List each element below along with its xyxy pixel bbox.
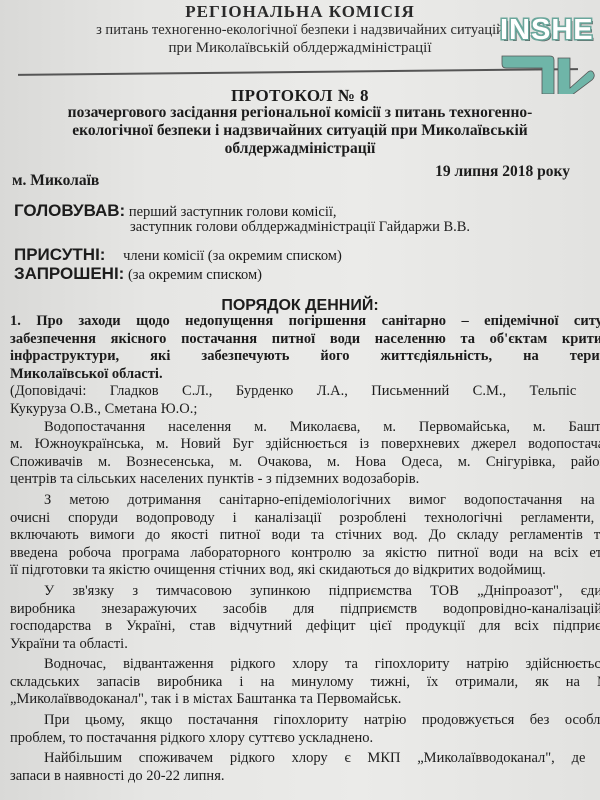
watermark-arrow-icon [498, 14, 596, 94]
paragraph-line: Найбільшим споживачем рідкого хлору є МК… [10, 750, 600, 768]
agenda-item-line: забезпечення якісного постачання питної … [10, 331, 600, 349]
chaired-label: ГОЛОВУВАВ: [14, 201, 125, 220]
paragraph-line: складських запасів виробника і на минуло… [10, 674, 600, 692]
speakers-line: Кукуруза О.В., Сметана Ю.О.; [10, 401, 600, 419]
paragraph-line: Споживачів м. Вознесенська, м. Очакова, … [10, 454, 600, 472]
paragraph-line: України та області. [10, 636, 600, 654]
invited-row: ЗАПРОШЕНІ: (за окремим списком) [14, 264, 262, 284]
chaired-value-line1: перший заступник голови комісії, [129, 204, 337, 220]
invited-label: ЗАПРОШЕНІ: [14, 264, 124, 283]
paragraph-line: м. Южноукраїнська, м. Новий Буг здійснює… [10, 436, 600, 454]
protocol-subtitle-line: екологічної безпеки і надзвичайних ситуа… [0, 122, 600, 140]
document-page: РЕГІОНАЛЬНА КОМІСІЯ з питань техногенно-… [0, 0, 600, 800]
chaired-value-line2: заступник голови облдержадміністрації Га… [130, 219, 470, 235]
present-value: члени комісії (за окремим списком) [123, 248, 342, 264]
protocol-title: ПРОТОКОЛ № 8 [0, 86, 600, 106]
present-row: ПРИСУТНІ: члени комісії (за окремим спис… [14, 245, 342, 265]
agenda-item-line: 1. Про заходи щодо недопущення погіршенн… [10, 313, 600, 331]
paragraph-line: „Миколаївводоканал", так і в містах Башт… [10, 691, 600, 709]
chaired-row-2: заступник голови облдержадміністрації Га… [130, 219, 470, 236]
paragraph-line: Водночас, відвантаження рідкого хлору та… [10, 656, 600, 674]
invited-value: (за окремим списком) [128, 267, 262, 283]
paragraph-line: її підготовки та якістю очищення стічних… [10, 562, 600, 580]
paragraph-line: очисні споруди водопроводу і каналізації… [10, 510, 600, 528]
protocol-subtitle-line: облдержадміністрації [0, 140, 600, 158]
paragraph-line: господарства в Україні, став відчутний д… [10, 618, 600, 636]
watermark-logo: INSHE [498, 14, 596, 94]
chaired-row: ГОЛОВУВАВ: перший заступник голови коміс… [14, 201, 337, 221]
paragraph-line: виробника знезаражуючих засобів для підп… [10, 601, 600, 619]
speakers-line: (Доповідачі: Гладков С.Л., Бурденко Л.А.… [10, 383, 600, 401]
paragraph-line: введена робоча програма лабораторного ко… [10, 545, 600, 563]
protocol-subtitle: позачергового засідання регіональної ком… [0, 104, 600, 158]
paragraph-line: З метою дотримання санітарно-епідеміолог… [10, 492, 600, 510]
paragraph-line: проблем, то постачання рідкого хлору сут… [10, 730, 600, 748]
agenda-item-line: інфраструктури, які забезпечують його жи… [10, 348, 600, 366]
paragraph-line: включають вимоги до якості питної води т… [10, 527, 600, 545]
paragraph-line: Водопостачання населення м. Миколаєва, м… [10, 419, 600, 437]
paragraph-line: У зв'язку з тимчасовою зупинкою підприєм… [10, 583, 600, 601]
present-label: ПРИСУТНІ: [14, 245, 105, 264]
protocol-subtitle-line: позачергового засідання регіональної ком… [0, 104, 600, 122]
agenda-body: 1. Про заходи щодо недопущення погіршенн… [10, 313, 600, 785]
meeting-date: 19 липня 2018 року [435, 163, 570, 181]
header-divider [18, 68, 578, 75]
meeting-city: м. Миколаїв [12, 172, 99, 190]
paragraph-line: При цьому, якщо постачання гіпохлориту н… [10, 712, 600, 730]
paragraph-line: запаси в наявності до 20-22 липня. [10, 768, 600, 786]
paragraph-line: центрів та сільських населених пунктів -… [10, 471, 600, 489]
agenda-item-line: Миколаївської області. [10, 366, 600, 384]
